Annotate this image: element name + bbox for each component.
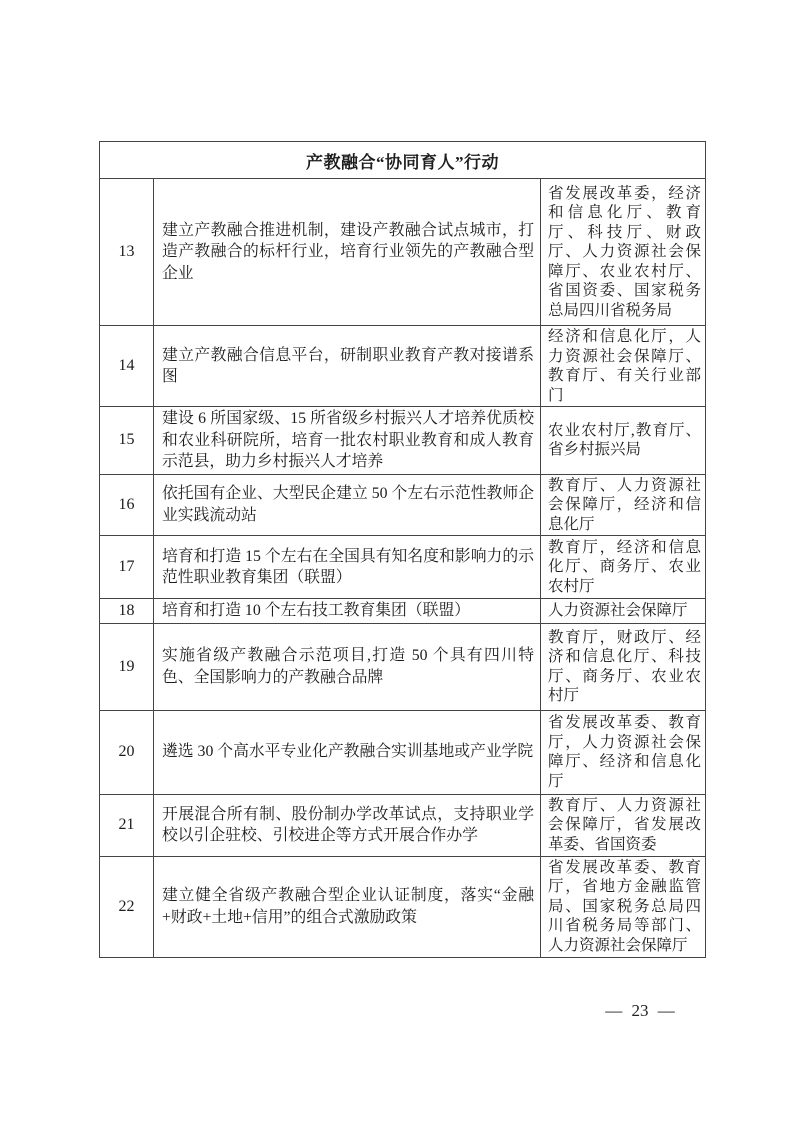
table-row: 16 依托国有企业、大型民企建立 50 个左右示范性教师企业实践流动站 教育厅、…: [100, 474, 706, 536]
table-row: 14 建立产教融合信息平台，研制职业教育产教对接谱系图 经济和信息化厅，人力资源…: [100, 326, 706, 407]
department-cell: 省发展改革委、教育厅，人力资源社会保障厅、经济和信息化厅: [541, 710, 706, 794]
row-number: 17: [100, 536, 154, 599]
table-row: 21 开展混合所有制、股份制办学改革试点，支持职业学校以引企驻校、引校进企等方式…: [100, 794, 706, 856]
department-cell: 教育厅，财政厅、经济和信息化厅、科技厅、商务厅、农业农村厅: [541, 623, 706, 710]
table-header-row: 产教融合“协同育人”行动: [100, 142, 706, 179]
row-number: 15: [100, 407, 154, 475]
table-row: 17 培育和打造 15 个左右在全国具有知名度和影响力的示范性职业教育集团（联盟…: [100, 536, 706, 599]
task-cell: 培育和打造 15 个左右在全国具有知名度和影响力的示范性职业教育集团（联盟）: [154, 536, 541, 599]
department-cell: 省发展改革委，经济和信息化厅、教育厅、科技厅、财政厅、人力资源社会保障厅、农业农…: [541, 179, 706, 326]
task-cell: 建立产教融合推进机制，建设产教融合试点城市，打造产教融合的标杆行业，培育行业领先…: [154, 179, 541, 326]
page-number: — 23 —: [560, 1001, 720, 1021]
task-cell: 依托国有企业、大型民企建立 50 个左右示范性教师企业实践流动站: [154, 474, 541, 536]
table-row: 22 建立健全省级产教融合型企业认证制度，落实“金融+财政+土地+信用”的组合式…: [100, 856, 706, 957]
task-cell: 建立产教融合信息平台，研制职业教育产教对接谱系图: [154, 326, 541, 407]
row-number: 21: [100, 794, 154, 856]
department-cell: 教育厅，经济和信息化厅、商务厅、农业农村厅: [541, 536, 706, 599]
row-number: 14: [100, 326, 154, 407]
task-cell: 培育和打造 10 个左右技工教育集团（联盟）: [154, 599, 541, 624]
row-number: 22: [100, 856, 154, 957]
task-cell: 开展混合所有制、股份制办学改革试点，支持职业学校以引企驻校、引校进企等方式开展合…: [154, 794, 541, 856]
table-row: 18 培育和打造 10 个左右技工教育集团（联盟） 人力资源社会保障厅: [100, 599, 706, 624]
table-row: 15 建设 6 所国家级、15 所省级乡村振兴人才培养优质校和农业科研院所，培育…: [100, 407, 706, 475]
task-cell: 实施省级产教融合示范项目,打造 50 个具有四川特色、全国影响力的产教融合品牌: [154, 623, 541, 710]
table-row: 13 建立产教融合推进机制，建设产教融合试点城市，打造产教融合的标杆行业，培育行…: [100, 179, 706, 326]
department-cell: 教育厅、人力资源社会保障厅，省发展改革委、省国资委: [541, 794, 706, 856]
page-number-text: — 23 —: [605, 1001, 675, 1020]
row-number: 18: [100, 599, 154, 624]
task-cell: 遴选 30 个高水平专业化产教融合实训基地或产业学院: [154, 710, 541, 794]
row-number: 16: [100, 474, 154, 536]
table-title: 产教融合“协同育人”行动: [100, 142, 706, 179]
row-number: 20: [100, 710, 154, 794]
department-cell: 经济和信息化厅，人力资源社会保障厅、教育厅、有关行业部门: [541, 326, 706, 407]
department-cell: 农业农村厅,教育厅、省乡村振兴局: [541, 407, 706, 475]
department-cell: 教育厅、人力资源社会保障厅，经济和信息化厅: [541, 474, 706, 536]
row-number: 19: [100, 623, 154, 710]
document-page: 产教融合“协同育人”行动 13 建立产教融合推进机制，建设产教融合试点城市，打造…: [0, 0, 793, 1122]
task-cell: 建设 6 所国家级、15 所省级乡村振兴人才培养优质校和农业科研院所，培育一批农…: [154, 407, 541, 475]
task-cell: 建立健全省级产教融合型企业认证制度，落实“金融+财政+土地+信用”的组合式激励政…: [154, 856, 541, 957]
table-row: 19 实施省级产教融合示范项目,打造 50 个具有四川特色、全国影响力的产教融合…: [100, 623, 706, 710]
row-number: 13: [100, 179, 154, 326]
department-cell: 人力资源社会保障厅: [541, 599, 706, 624]
table-row: 20 遴选 30 个高水平专业化产教融合实训基地或产业学院 省发展改革委、教育厅…: [100, 710, 706, 794]
action-plan-table: 产教融合“协同育人”行动 13 建立产教融合推进机制，建设产教融合试点城市，打造…: [99, 141, 706, 958]
department-cell: 省发展改革委、教育厅，省地方金融监管局、国家税务总局四川省税务局等部门、人力资源…: [541, 856, 706, 957]
